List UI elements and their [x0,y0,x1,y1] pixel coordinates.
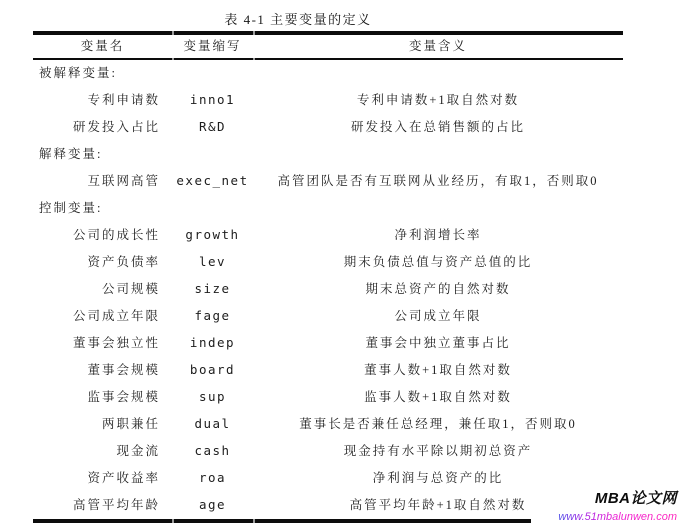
variable-name-cell: 资产收益率 [33,472,172,485]
watermark-brand: MBA论文网 [535,491,677,508]
table-row: 研发投入占比R&D研发投入在总销售额的占比 [33,114,623,141]
section-row: 被解释变量: [33,60,623,87]
watermark-url: www.51mbalunwen.com [558,511,677,523]
variable-abbr-cell: R&D [172,121,253,134]
table-header-row: 变量名 变量缩写 变量含义 [33,35,623,58]
variable-abbr-cell: growth [172,229,253,242]
table-row: 公司规模size期末总资产的自然对数 [33,276,623,303]
variable-meaning-cell: 净利润与总资产的比 [253,472,623,485]
variable-name-cell: 互联网高管 [33,175,172,188]
variable-name-cell: 公司成立年限 [33,310,172,323]
variable-name-cell: 现金流 [33,445,172,458]
variable-name-cell: 资产负债率 [33,256,172,269]
variable-abbr-cell: age [172,499,253,512]
variable-abbr-cell: exec_net [172,175,253,188]
variable-meaning-cell: 董事长是否兼任总经理，兼任取1，否则取0 [253,418,623,431]
variable-meaning-cell: 董事会中独立董事占比 [253,337,623,350]
variable-name-cell: 高管平均年龄 [33,499,172,512]
table-row: 专利申请数inno1专利申请数+1取自然对数 [33,87,623,114]
variable-meaning-cell: 专利申请数+1取自然对数 [253,94,623,107]
variables-table: 变量名 变量缩写 变量含义 被解释变量:专利申请数inno1专利申请数+1取自然… [33,31,623,523]
variable-name-cell: 公司规模 [33,283,172,296]
watermark: MBA论文网 www.51mbalunwen.com [531,489,678,527]
table-caption: 表 4-1 主要变量的定义 [3,9,593,28]
table-row: 公司的成长性growth净利润增长率 [33,222,623,249]
table-row: 两职兼任dual董事长是否兼任总经理，兼任取1，否则取0 [33,411,623,438]
section-row: 解释变量: [33,141,623,168]
header-variable-name: 变量名 [33,40,172,53]
section-label: 解释变量: [33,148,623,161]
variable-name-cell: 专利申请数 [33,94,172,107]
variable-name-cell: 研发投入占比 [33,121,172,134]
table-row: 公司成立年限fage公司成立年限 [33,303,623,330]
table-row: 董事会独立性indep董事会中独立董事占比 [33,330,623,357]
variable-name-cell: 董事会独立性 [33,337,172,350]
table-row: 监事会规模sup监事人数+1取自然对数 [33,384,623,411]
section-row: 控制变量: [33,195,623,222]
header-variable-abbr: 变量缩写 [172,40,253,53]
thesis-page: 表 4-1 主要变量的定义 变量名 变量缩写 变量含义 被解释变量:专利申请数i… [0,0,679,528]
variable-meaning-cell: 董事人数+1取自然对数 [253,364,623,377]
variable-name-cell: 公司的成长性 [33,229,172,242]
table-row: 资产负债率lev期末负债总值与资产总值的比 [33,249,623,276]
table-row: 董事会规模board董事人数+1取自然对数 [33,357,623,384]
variable-abbr-cell: roa [172,472,253,485]
section-label: 被解释变量: [33,67,623,80]
variable-abbr-cell: board [172,364,253,377]
variable-name-cell: 两职兼任 [33,418,172,431]
variable-meaning-cell: 期末总资产的自然对数 [253,283,623,296]
variable-meaning-cell: 公司成立年限 [253,310,623,323]
variable-meaning-cell: 高管团队是否有互联网从业经历，有取1，否则取0 [253,175,623,188]
header-variable-meaning: 变量含义 [253,40,623,53]
table-body: 被解释变量:专利申请数inno1专利申请数+1取自然对数研发投入占比R&D研发投… [33,60,623,519]
variable-meaning-cell: 监事人数+1取自然对数 [253,391,623,404]
variable-abbr-cell: lev [172,256,253,269]
section-label: 控制变量: [33,202,623,215]
variable-meaning-cell: 研发投入在总销售额的占比 [253,121,623,134]
variable-meaning-cell: 净利润增长率 [253,229,623,242]
variable-abbr-cell: size [172,283,253,296]
table-row: 互联网高管exec_net高管团队是否有互联网从业经历，有取1，否则取0 [33,168,623,195]
table-row: 现金流cash现金持有水平除以期初总资产 [33,438,623,465]
variable-abbr-cell: inno1 [172,94,253,107]
variable-name-cell: 董事会规模 [33,364,172,377]
header-bottom-rule [33,58,623,60]
variable-meaning-cell: 期末负债总值与资产总值的比 [253,256,623,269]
variable-abbr-cell: indep [172,337,253,350]
variable-name-cell: 监事会规模 [33,391,172,404]
table-top-rule [33,31,623,35]
variable-abbr-cell: sup [172,391,253,404]
variable-abbr-cell: fage [172,310,253,323]
variable-abbr-cell: dual [172,418,253,431]
variable-abbr-cell: cash [172,445,253,458]
variable-meaning-cell: 现金持有水平除以期初总资产 [253,445,623,458]
